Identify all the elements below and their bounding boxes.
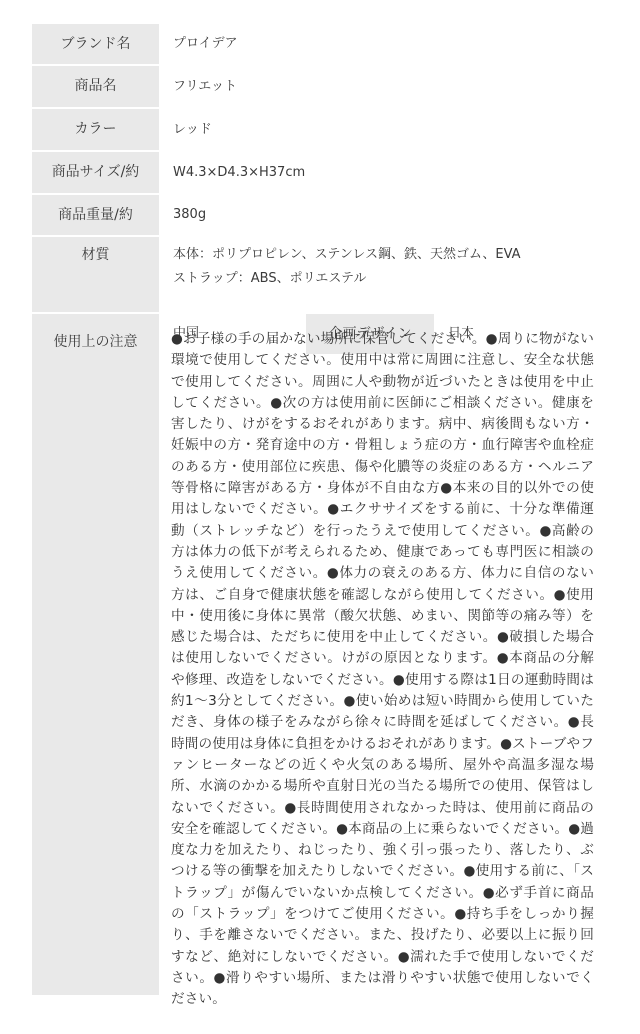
- spec-label: ブランド名: [32, 24, 159, 64]
- spec-row-color: カラー レッド: [32, 109, 594, 150]
- spec-table: ブランド名 プロイデア 商品名 フリエット カラー レッド 商品サイズ/約 W4…: [32, 24, 594, 356]
- spec-label: 商品サイズ/約: [32, 152, 159, 193]
- spec-row-weight: 商品重量/約 380g: [32, 195, 594, 235]
- spec-value: 380g: [159, 195, 594, 235]
- spec-value: W4.3×D4.3×H37cm: [159, 152, 594, 193]
- spec-row-size: 商品サイズ/約 W4.3×D4.3×H37cm: [32, 152, 594, 193]
- caution-label: 使用上の注意: [32, 320, 159, 995]
- spec-value: プロイデア: [159, 24, 594, 64]
- spec-label: 材質: [32, 237, 159, 312]
- caution-text: ●お子様の手の届かない場所に保管してください。●周りに物がない環境で使用してくだ…: [159, 320, 594, 1011]
- material-line-strap: ストラップ：ABS、ポリエステル: [173, 267, 594, 291]
- material-line-body: 本体：ポリプロピレン、ステンレス鋼、鉄、天然ゴム、EVA: [173, 243, 594, 267]
- spec-label: 商品重量/約: [32, 195, 159, 235]
- spec-value: レッド: [159, 109, 594, 150]
- spec-row-product-name: 商品名 フリエット: [32, 66, 594, 107]
- caution-section: 使用上の注意 ●お子様の手の届かない場所に保管してください。●周りに物がない環境…: [32, 320, 594, 1011]
- spec-label: 商品名: [32, 66, 159, 107]
- spec-row-brand: ブランド名 プロイデア: [32, 24, 594, 64]
- spec-value: フリエット: [159, 66, 594, 107]
- spec-value: 本体：ポリプロピレン、ステンレス鋼、鉄、天然ゴム、EVA ストラップ：ABS、ポ…: [159, 237, 594, 312]
- spec-label: カラー: [32, 109, 159, 150]
- spec-row-material: 材質 本体：ポリプロピレン、ステンレス鋼、鉄、天然ゴム、EVA ストラップ：AB…: [32, 237, 594, 312]
